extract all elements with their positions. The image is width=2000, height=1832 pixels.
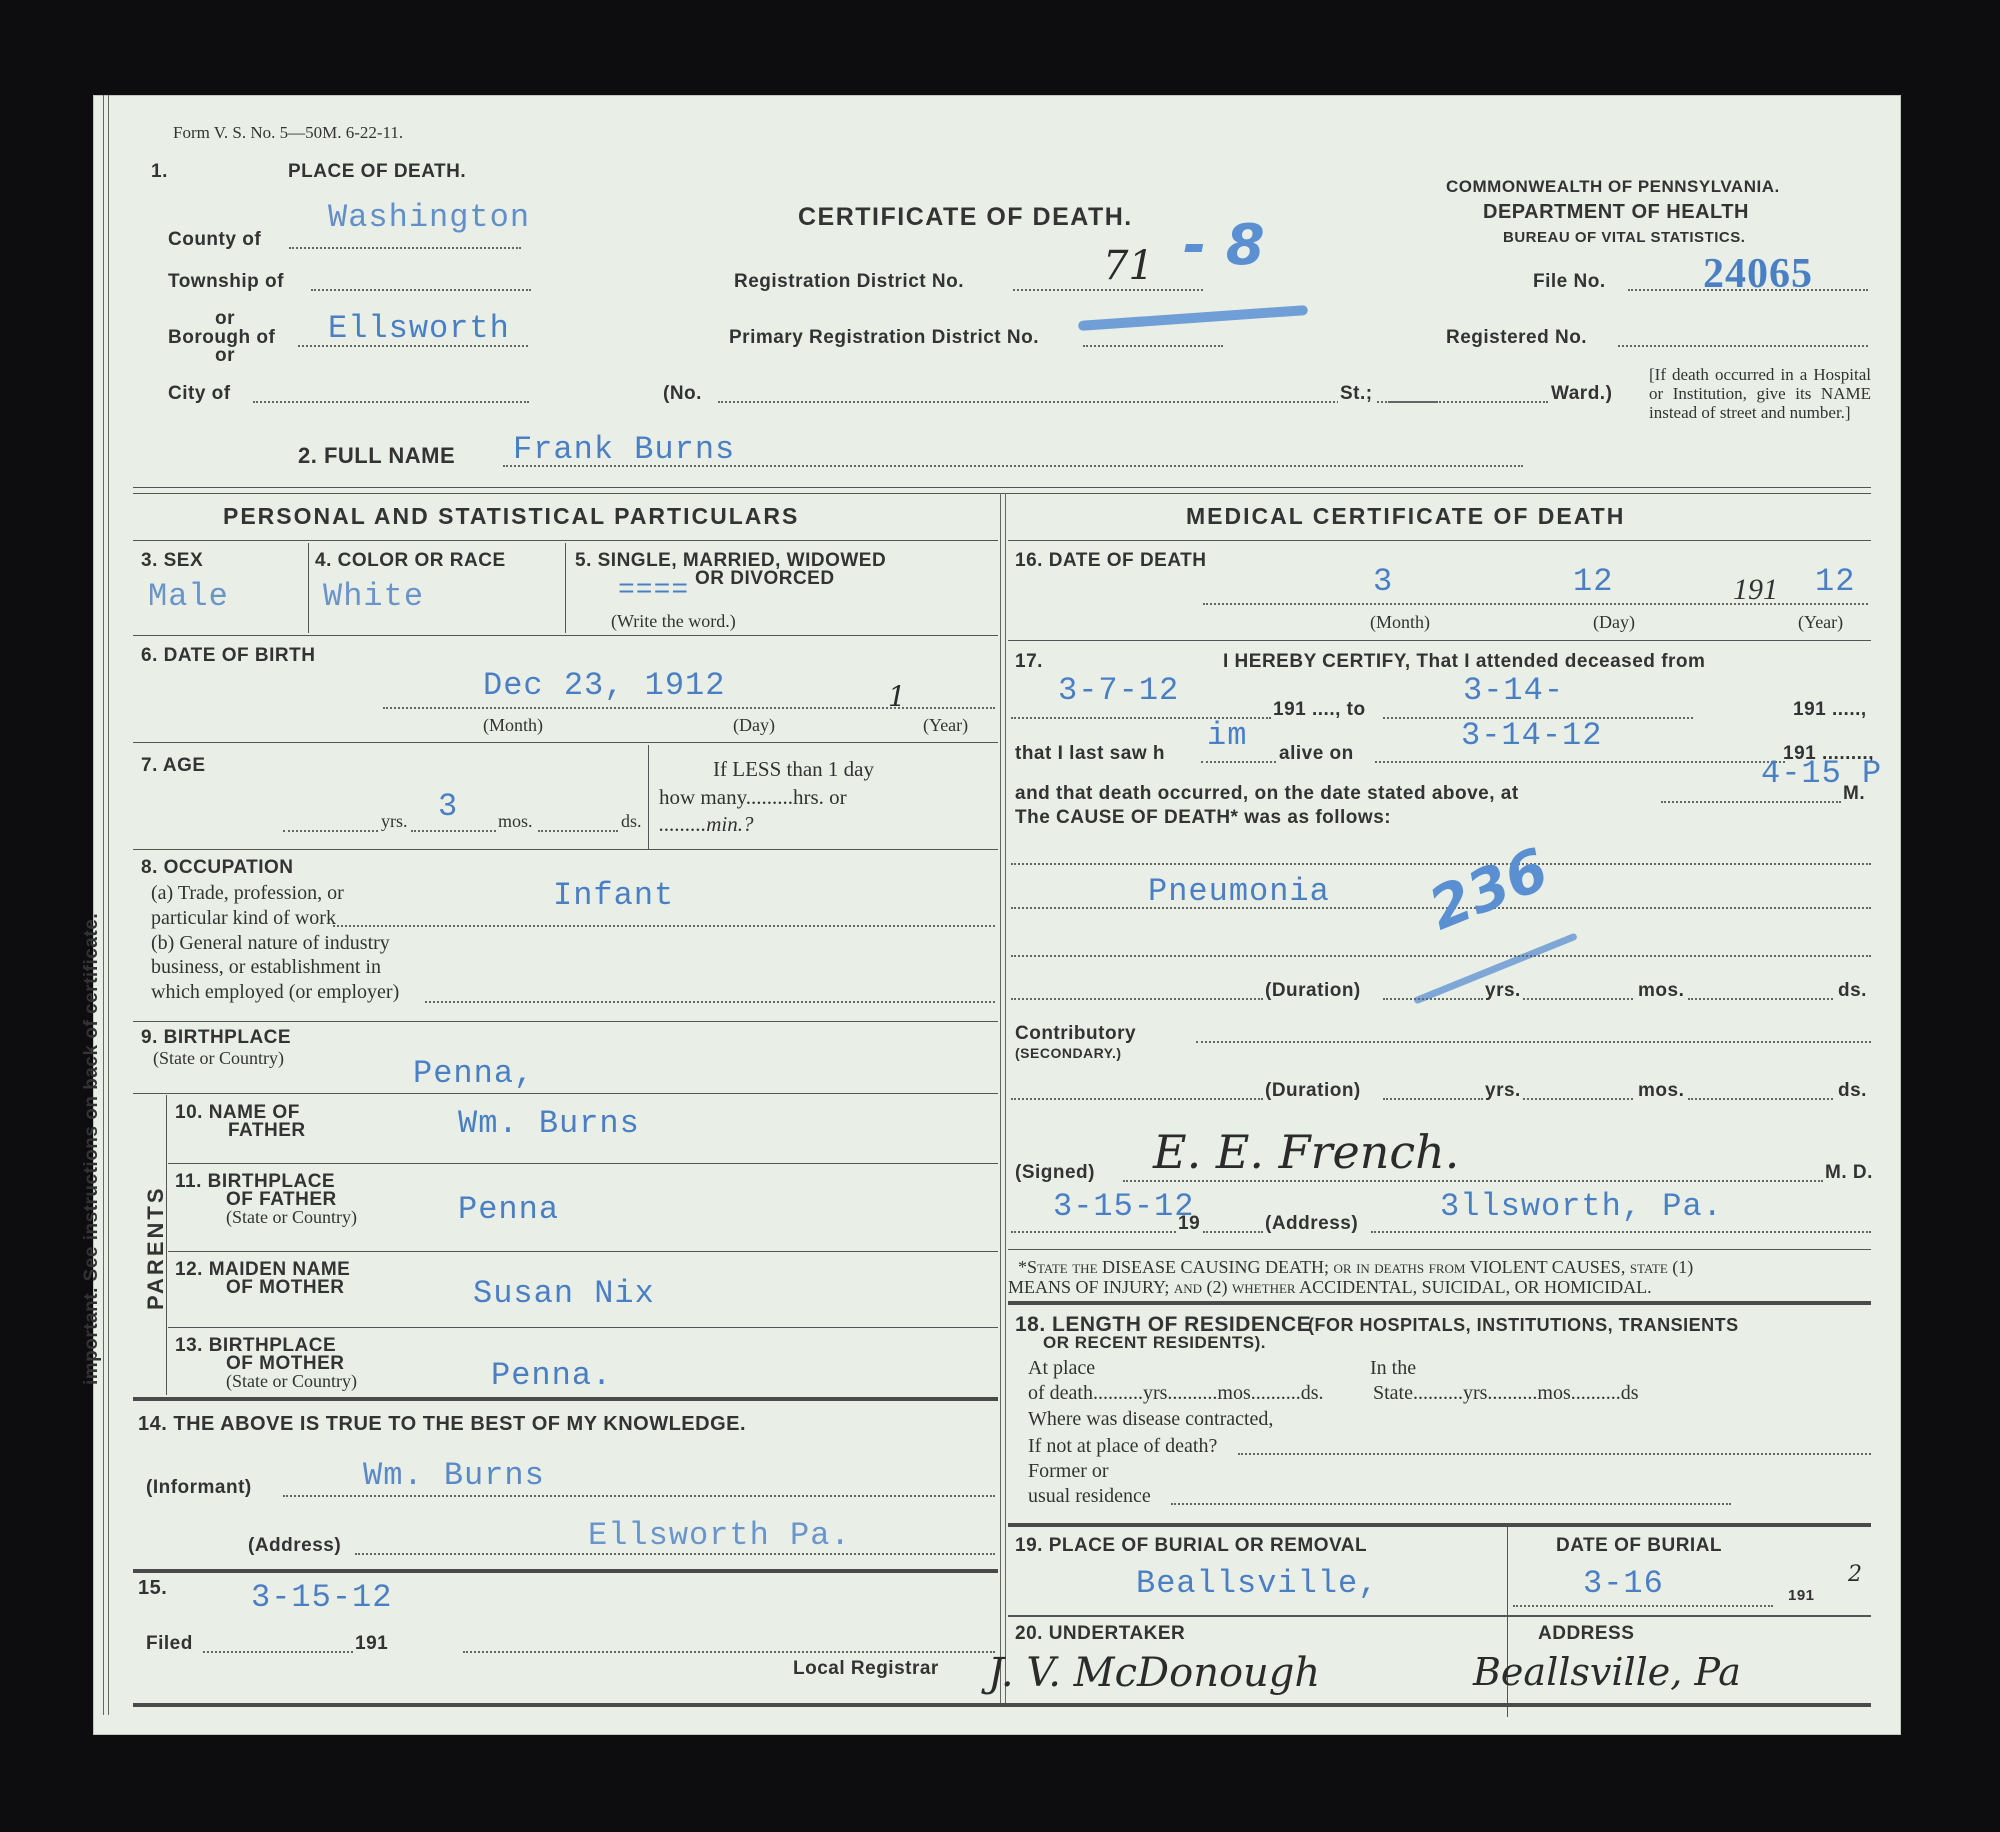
- contributory-label: Contributory: [1015, 1023, 1136, 1045]
- divider: [168, 1251, 998, 1252]
- occupation-b-line1: (b) General nature of industry: [151, 932, 390, 955]
- divider: [1008, 540, 1871, 541]
- bottom-border: [133, 1703, 1871, 1707]
- divider: [133, 1569, 998, 1573]
- birthplace-hint: (State or Country): [153, 1048, 284, 1069]
- death-certificate: important. See instructions on back of c…: [93, 95, 1901, 1735]
- certificate-title: CERTIFICATE OF DEATH.: [798, 203, 1133, 232]
- undertaker-signature: J. V. McDonough: [988, 1650, 1320, 1696]
- secondary-label: (SECONDARY.): [1015, 1045, 1122, 1061]
- sex-label: 3. SEX: [141, 550, 203, 572]
- usual-residence-label: usual residence: [1028, 1485, 1151, 1508]
- father-name-label-2: FATHER: [228, 1120, 306, 1142]
- item-15-number: 15.: [138, 1577, 167, 1600]
- date-of-death-year-suffix: 12: [1815, 563, 1855, 600]
- former-residence-label: Former or: [1028, 1460, 1109, 1483]
- registered-number-label: Registered No.: [1446, 327, 1587, 349]
- duration-line-1c: [1523, 998, 1633, 1000]
- age-yrs-label: yrs.: [381, 811, 408, 832]
- signed-date-line: [1011, 1231, 1176, 1233]
- registration-district-annotation: - 8: [1183, 213, 1265, 278]
- full-name-value: Frank Burns: [513, 431, 735, 468]
- ward-line: [1388, 401, 1548, 403]
- primary-district-label: Primary Registration District No.: [729, 327, 1039, 349]
- duration-line-1b: [1383, 998, 1483, 1000]
- race-label: 4. COLOR OR RACE: [315, 550, 506, 572]
- age-mos-line: [411, 830, 496, 832]
- duration-ds-1: ds.: [1838, 980, 1867, 1002]
- divider: [133, 540, 998, 541]
- date-of-death-month-caption: (Month): [1370, 612, 1430, 633]
- signed-year-line: [1203, 1231, 1263, 1233]
- occupation-b-line3: which employed (or employer): [151, 981, 399, 1004]
- duration-label-2: (Duration): [1265, 1080, 1361, 1102]
- burial-date-line: [1513, 1605, 1773, 1607]
- cause-code-annotation: 236: [1420, 835, 1558, 943]
- birthplace-value: Penna,: [413, 1055, 534, 1092]
- marital-status-hint: (Write the word.): [611, 611, 736, 632]
- cause-line-1: [1011, 863, 1871, 865]
- agency-department: DEPARTMENT OF HEALTH: [1483, 201, 1749, 224]
- occupation-b-line: [425, 1001, 995, 1003]
- date-of-death-day-caption: (Day): [1593, 612, 1635, 633]
- city-line: [253, 401, 529, 403]
- age-yrs-line: [283, 830, 378, 832]
- cause-footnote-line2: MEANS OF INJURY; and (2) whether ACCIDEN…: [1008, 1277, 1652, 1298]
- registrar-line: [463, 1651, 995, 1653]
- last-saw-pronoun-line: [1201, 761, 1276, 763]
- column-divider: [1000, 493, 1006, 1703]
- not-at-place-label: If not at place of death?: [1028, 1435, 1217, 1458]
- less-than-day-line1: If LESS than 1 day: [713, 757, 874, 782]
- date-of-death-label: 16. DATE OF DEATH: [1015, 550, 1206, 572]
- divider: [133, 1397, 998, 1401]
- informant-line: [283, 1495, 995, 1497]
- local-registrar-label: Local Registrar: [793, 1658, 939, 1680]
- mother-birthplace-hint: (State or Country): [226, 1371, 357, 1392]
- father-birthplace-hint: (State or Country): [226, 1207, 357, 1228]
- occupation-a-line: [333, 925, 995, 927]
- divider: [1008, 640, 1871, 641]
- signed-year-prefix: 19: [1178, 1213, 1200, 1235]
- or-label-2: or: [215, 345, 235, 367]
- attended-to-suffix: 191 .....,: [1793, 699, 1867, 721]
- divider: [565, 543, 566, 633]
- registration-district-value: 71: [1103, 243, 1154, 289]
- blue-crayon-stroke: [1078, 305, 1308, 331]
- last-saw-pronoun: im: [1207, 717, 1247, 754]
- usual-residence-line: [1171, 1503, 1731, 1505]
- at-place-label: At place: [1028, 1357, 1095, 1380]
- margin-rule: [103, 95, 109, 1715]
- signed-label: (Signed): [1015, 1162, 1095, 1184]
- signature-line: [1123, 1180, 1823, 1182]
- duration-line-1a: [1011, 998, 1263, 1000]
- less-than-day-line2: how many.........hrs. or: [659, 785, 847, 810]
- street-line: [718, 401, 1438, 403]
- filed-line: [203, 1651, 353, 1653]
- physician-signature: E. E. French.: [1153, 1125, 1459, 1179]
- place-of-death-heading: PLACE OF DEATH.: [288, 161, 466, 183]
- agency-bureau: BUREAU OF VITAL STATISTICS.: [1503, 229, 1745, 246]
- age-label: 7. AGE: [141, 755, 206, 777]
- divider: [168, 1327, 998, 1328]
- sex-value: Male: [148, 578, 229, 615]
- date-of-death-year-prefix: 191: [1733, 573, 1778, 607]
- informant-address-value: Ellsworth Pa.: [588, 1517, 851, 1554]
- undertaker-address-value: Beallsville, Pa: [1473, 1650, 1741, 1694]
- contributory-line: [1196, 1041, 1871, 1043]
- duration-line-2a: [1011, 1098, 1263, 1100]
- date-of-death-day: 12: [1573, 563, 1613, 600]
- in-state-label: In the: [1370, 1357, 1416, 1380]
- burial-date-value: 3-16: [1583, 1565, 1664, 1602]
- attended-to-value: 3-14-: [1463, 672, 1564, 709]
- physician-address-line: [1371, 1231, 1871, 1233]
- where-contracted-line: [1238, 1453, 1871, 1455]
- divider: [648, 745, 649, 850]
- filed-year-prefix: 191: [355, 1633, 388, 1655]
- informant-value: Wm. Burns: [363, 1457, 545, 1494]
- occupation-b-line2: business, or establishment in: [151, 956, 381, 979]
- certify-text: I HEREBY CERTIFY, That I attended deceas…: [1223, 651, 1705, 673]
- dob-day-caption: (Day): [733, 715, 775, 736]
- dob-month-caption: (Month): [483, 715, 543, 736]
- filed-date-value: 3-15-12: [251, 1579, 392, 1616]
- attended-to-label: 191 ...., to: [1273, 699, 1366, 721]
- physician-address-label: (Address): [1265, 1213, 1358, 1235]
- attended-from-value: 3-7-12: [1058, 672, 1179, 709]
- last-saw-label: that I last saw h: [1015, 743, 1165, 765]
- marital-status-value: ====: [618, 575, 689, 606]
- death-time-line: [1661, 801, 1841, 803]
- burial-year-mark: 2: [1848, 1562, 1862, 1587]
- divider: [133, 1093, 998, 1094]
- divider: [133, 635, 998, 636]
- age-ds-line: [538, 830, 618, 832]
- dob-year-mark: 1: [888, 680, 906, 713]
- in-state-fields: State..........yrs..........mos.........…: [1373, 1382, 1639, 1405]
- burial-date-label: DATE OF BURIAL: [1556, 1535, 1722, 1557]
- item-1-number: 1.: [151, 161, 168, 183]
- date-of-death-month: 3: [1373, 563, 1393, 600]
- age-ds-label: ds.: [621, 811, 642, 832]
- duration-line-2d: [1688, 1098, 1833, 1100]
- mother-name-label-2: OF MOTHER: [226, 1277, 345, 1299]
- street-number-label: (No.: [663, 383, 702, 405]
- mother-birthplace-value: Penna.: [491, 1357, 612, 1394]
- divider: [1008, 1615, 1871, 1617]
- occupation-label: 8. OCCUPATION: [141, 857, 294, 879]
- form-number: Form V. S. No. 5—50M. 6-22-11.: [173, 123, 403, 143]
- md-label: M. D.: [1825, 1162, 1873, 1184]
- duration-line-2b: [1383, 1098, 1483, 1100]
- side-note: important. See instructions on back of c…: [81, 913, 103, 1385]
- informant-label: (Informant): [146, 1477, 252, 1499]
- signed-date-value: 3-15-12: [1053, 1188, 1194, 1225]
- age-mos-label: mos.: [498, 811, 533, 832]
- item-17-number: 17.: [1015, 651, 1043, 673]
- cause-footnote-line1: *State the DISEASE CAUSING DEATH; or in …: [1018, 1257, 1693, 1278]
- informant-address-label: (Address): [248, 1535, 341, 1557]
- occupation-a-line2: particular kind of work: [151, 907, 336, 930]
- cause-value: Pneumonia: [1148, 873, 1330, 910]
- divider: [133, 849, 998, 850]
- county-line: [289, 247, 521, 249]
- marital-status-label-2: OR DIVORCED: [695, 568, 835, 590]
- divider: [168, 1163, 998, 1164]
- occupation-a-line1: (a) Trade, profession, or: [151, 882, 344, 905]
- personal-section-title: PERSONAL AND STATISTICAL PARTICULARS: [223, 503, 799, 530]
- less-than-day-line3: .........min.?: [659, 812, 754, 837]
- occupation-value: Infant: [553, 877, 674, 914]
- township-label: Township of: [168, 271, 284, 293]
- ward-label: Ward.): [1551, 383, 1612, 405]
- divider: [133, 1021, 998, 1022]
- primary-district-line: [1083, 345, 1223, 347]
- registered-number-line: [1618, 345, 1868, 347]
- race-value: White: [323, 578, 424, 615]
- file-number-value: 24065: [1703, 250, 1813, 298]
- date-of-death-year-caption: (Year): [1798, 612, 1843, 633]
- death-occurred-label: and that death occurred, on the date sta…: [1015, 783, 1519, 805]
- duration-mos-1: mos.: [1638, 980, 1684, 1002]
- death-time-m: M.: [1843, 783, 1865, 805]
- divider: [1008, 1301, 1871, 1305]
- burial-year-prefix: 191: [1788, 1587, 1815, 1604]
- duration-label-1: (Duration): [1265, 980, 1361, 1002]
- street-label: St.;: [1338, 383, 1375, 405]
- file-number-label: File No.: [1533, 271, 1606, 293]
- undertaker-address-label: ADDRESS: [1538, 1623, 1634, 1645]
- duration-yrs-1: yrs.: [1485, 980, 1521, 1002]
- last-saw-date-line: [1375, 761, 1785, 763]
- duration-line-2c: [1523, 1098, 1633, 1100]
- duration-line-1d: [1688, 998, 1833, 1000]
- cause-line-3: [1011, 955, 1871, 957]
- at-place-of-death-fields: of death..........yrs..........mos......…: [1028, 1382, 1324, 1405]
- divider: [308, 543, 309, 633]
- dob-year-caption: (Year): [923, 715, 968, 736]
- father-name-value: Wm. Burns: [458, 1105, 640, 1142]
- divider: [1008, 1523, 1871, 1527]
- residence-note-line1: (FOR HOSPITALS, INSTITUTIONS, TRANSIENTS: [1308, 1315, 1739, 1336]
- borough-value: Ellsworth: [328, 310, 510, 347]
- duration-mos-2: mos.: [1638, 1080, 1684, 1102]
- county-value: Washington: [328, 199, 530, 236]
- agency-commonwealth: COMMONWEALTH OF PENNSYLVANIA.: [1446, 177, 1780, 197]
- duration-yrs-2: yrs.: [1485, 1080, 1521, 1102]
- where-contracted-label: Where was disease contracted,: [1028, 1408, 1273, 1431]
- registration-district-line: [1013, 289, 1203, 291]
- duration-ds-2: ds.: [1838, 1080, 1867, 1102]
- divider: [1008, 1249, 1871, 1250]
- filed-label: Filed: [146, 1633, 193, 1655]
- parents-side-label: PARENTS: [143, 1186, 169, 1311]
- registration-district-label: Registration District No.: [734, 271, 964, 293]
- county-label: County of: [168, 229, 261, 251]
- father-birthplace-value: Penna: [458, 1191, 559, 1228]
- age-value: 3: [438, 788, 458, 825]
- physician-address-value: 3llsworth, Pa.: [1440, 1188, 1723, 1225]
- mother-name-value: Susan Nix: [473, 1275, 655, 1312]
- hospital-note: [If death occurred in a Hospital or Inst…: [1649, 365, 1871, 422]
- alive-on-label: alive on: [1279, 743, 1354, 765]
- last-saw-date-value: 3-14-12: [1461, 717, 1602, 754]
- dob-label: 6. DATE OF BIRTH: [141, 645, 315, 667]
- city-label: City of: [168, 383, 231, 405]
- divider: [133, 742, 998, 743]
- informant-statement: 14. THE ABOVE IS TRUE TO THE BEST OF MY …: [138, 1413, 746, 1436]
- divider: [133, 487, 1871, 488]
- birthplace-label: 9. BIRTHPLACE: [141, 1027, 291, 1049]
- undertaker-label: 20. UNDERTAKER: [1015, 1623, 1185, 1645]
- residence-note-line2: OR RECENT RESIDENTS).: [1043, 1333, 1266, 1353]
- township-line: [311, 289, 531, 291]
- medical-section-title: MEDICAL CERTIFICATE OF DEATH: [1186, 503, 1625, 530]
- full-name-label: 2. FULL NAME: [298, 443, 455, 469]
- burial-place-value: Beallsville,: [1136, 1565, 1378, 1602]
- dob-value: Dec 23, 1912: [483, 667, 725, 704]
- burial-place-label: 19. PLACE OF BURIAL OR REMOVAL: [1015, 1535, 1367, 1557]
- cause-intro: The CAUSE OF DEATH* was as follows:: [1015, 807, 1391, 829]
